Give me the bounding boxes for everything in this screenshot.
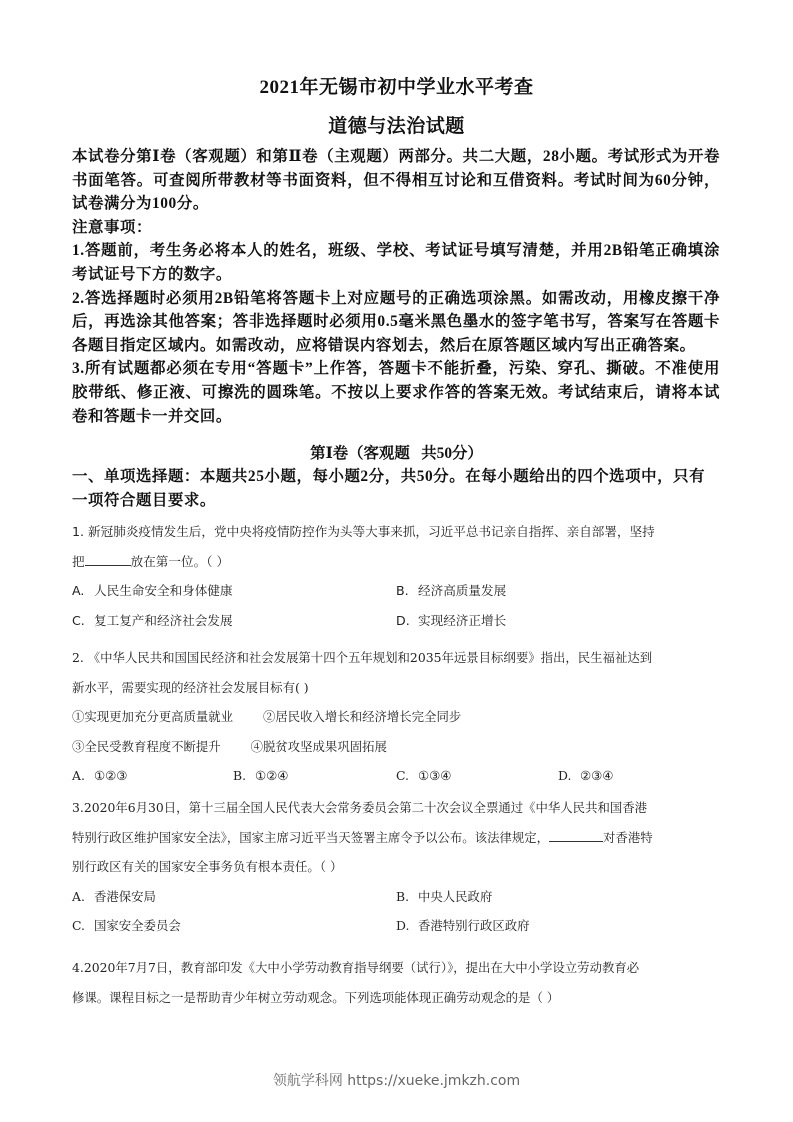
notice-item-2: 2.答选择题时必须用2B铅笔将答题卡上对应题号的正确选项涂黑。如需改动，用橡皮擦… [72,287,720,358]
statement-4: ④脱贫攻坚成果巩固拓展 [251,739,387,754]
question-number: 2. [72,650,84,665]
option-letter: A. [72,766,94,786]
option-letter: A. [72,581,94,601]
option-text: 人民生命安全和身体健康 [94,583,233,598]
option-d[interactable]: D.香港特别行政区政府 [396,916,530,936]
question-4: 4.2020年7月7日，教育部印发《大中小学劳动教育指导纲要（试行）》，提出在大… [72,958,722,1017]
question-stem-continued: 新水平，需要实现的经济社会发展目标有( ) [72,678,722,708]
stem-text: 特别行政区维护国家安全法》，国家主席习近平当天签署主席令予以公布。该法律规定， [72,830,549,845]
statements-row: ①实现更加充分更高质量就业 ②居民收入增长和经济增长完全同步 [72,707,722,737]
option-c[interactable]: C.复工复产和经济社会发展 [72,611,233,631]
question-number: 3. [72,800,84,815]
stem-text: 新冠肺炎疫情发生后，党中央将疫情防控作为头等大事来抓，习近平总书记亲自指挥、亲自… [88,524,655,539]
option-text: ①②④ [255,768,288,783]
option-letter: B. [396,581,418,601]
option-text: 经济高质量发展 [418,583,506,598]
option-letter: B. [233,766,255,786]
question-3: 3.2020年6月30日，第十三届全国人民代表大会常务委员会第二十次会议全票通过… [72,798,722,946]
section-title: 第Ⅰ卷（客观题 共50分） [0,441,793,463]
question-stem: 3.2020年6月30日，第十三届全国人民代表大会常务委员会第二十次会议全票通过… [72,798,722,828]
options-row: A.香港保安局 B.中央人民政府 [72,887,722,917]
option-c[interactable]: C.①③④ [396,766,451,786]
stem-text: 放在第一位。（ ） [131,554,229,569]
stem-text: 2020年7月7日，教育部印发《大中小学劳动教育指导纲要（试行）》，提出在大中小… [84,960,639,975]
options-row: A.①②③ B.①②④ C.①③④ D.②③④ [72,766,722,796]
statement-3: ③全民受教育程度不断提升 [72,739,221,754]
options-row: C.国家安全委员会 D.香港特别行政区政府 [72,916,722,946]
stem-text: 《中华人民共和国国民经济和社会发展第十四个五年规划和2035年远景目标纲要》指出… [88,650,652,665]
option-text: 复工复产和经济社会发展 [94,613,233,628]
option-a[interactable]: A.①②③ [72,766,127,786]
option-b[interactable]: B.①②④ [233,766,288,786]
option-text: 中央人民政府 [418,889,492,904]
option-a[interactable]: A.人民生命安全和身体健康 [72,581,233,601]
watermark-footer: 领航学科网 https://xueke.jmkzh.com [0,1070,793,1090]
notice-item-1: 1.答题前，考生务必将本人的姓名，班级、学校、考试证号填写清楚，并用2B铅笔正确… [72,239,720,286]
question-stem-continued: 别行政区有关的国家安全事务负有根本责任。（ ） [72,857,722,887]
fill-blank [85,553,131,566]
option-letter: C. [72,611,94,631]
option-text: 香港特别行政区政府 [418,918,530,933]
exam-title: 2021年无锡市初中学业水平考查 [0,72,793,99]
option-letter: D. [396,916,418,936]
exam-page: 2021年无锡市初中学业水平考查 道德与法治试题 本试卷分第Ⅰ卷（客观题）和第Ⅱ… [0,0,793,1122]
option-letter: D. [558,766,580,786]
option-letter: C. [72,916,94,936]
notice-label: 注意事项： [72,216,720,240]
options-row: C.复工复产和经济社会发展 D.实现经济正增长 [72,611,722,641]
option-text: 国家安全委员会 [94,918,181,933]
section-description: 一、单项选择题：本题共25小题，每小题2分，共50分。在每小题给出的四个选项中，… [72,465,720,513]
option-letter: A. [72,887,94,907]
option-letter: B. [396,887,418,907]
stem-text: 2020年6月30日，第十三届全国人民代表大会常务委员会第二十次会议全票通过《中… [84,800,647,815]
option-text: ①②③ [94,768,127,783]
stem-text: 把 [72,554,85,569]
notice-item-3: 3.所有试题都必须在专用“答题卡”上作答，答题卡不能折叠，污染、穿孔、撕破。不准… [72,357,720,428]
option-letter: D. [396,611,418,631]
option-text: ②③④ [580,768,613,783]
question-stem-continued: 修课。课程目标之一是帮助青少年树立劳动观念。下列选项能体现正确劳动观念的是（ ） [72,988,722,1018]
question-stem-continued: 把放在第一位。（ ） [72,552,722,582]
option-d[interactable]: D.②③④ [558,766,613,786]
intro-paragraph: 本试卷分第Ⅰ卷（客观题）和第Ⅱ卷（主观题）两部分。共二大题，28小题。考试形式为… [72,145,720,216]
option-c[interactable]: C.国家安全委员会 [72,916,181,936]
option-b[interactable]: B.中央人民政府 [396,887,492,907]
statement-1: ①实现更加充分更高质量就业 [72,709,233,724]
statement-2: ②居民收入增长和经济增长完全同步 [263,709,461,724]
option-text: ①③④ [418,768,451,783]
option-text: 实现经济正增长 [418,613,506,628]
stem-text: 对香港特 [603,830,653,845]
option-text: 香港保安局 [94,889,156,904]
option-d[interactable]: D.实现经济正增长 [396,611,506,631]
option-b[interactable]: B.经济高质量发展 [396,581,506,601]
exam-subtitle: 道德与法治试题 [0,111,793,138]
exam-instructions: 本试卷分第Ⅰ卷（客观题）和第Ⅱ卷（主观题）两部分。共二大题，28小题。考试形式为… [72,145,720,428]
option-letter: C. [396,766,418,786]
question-stem-continued: 特别行政区维护国家安全法》，国家主席习近平当天签署主席令予以公布。该法律规定，对… [72,828,722,858]
question-stem: 2. 《中华人民共和国国民经济和社会发展第十四个五年规划和2035年远景目标纲要… [72,648,722,678]
option-a[interactable]: A.香港保安局 [72,887,156,907]
question-number: 1. [72,524,84,539]
fill-blank [549,829,603,842]
options-row: A.人民生命安全和身体健康 B.经济高质量发展 [72,581,722,611]
question-number: 4. [72,960,84,975]
question-2: 2. 《中华人民共和国国民经济和社会发展第十四个五年规划和2035年远景目标纲要… [72,648,722,796]
question-stem: 4.2020年7月7日，教育部印发《大中小学劳动教育指导纲要（试行）》，提出在大… [72,958,722,988]
statements-row: ③全民受教育程度不断提升 ④脱贫攻坚成果巩固拓展 [72,737,722,767]
question-1: 1. 新冠肺炎疫情发生后，党中央将疫情防控作为头等大事来抓，习近平总书记亲自指挥… [72,522,722,640]
question-stem: 1. 新冠肺炎疫情发生后，党中央将疫情防控作为头等大事来抓，习近平总书记亲自指挥… [72,522,722,552]
